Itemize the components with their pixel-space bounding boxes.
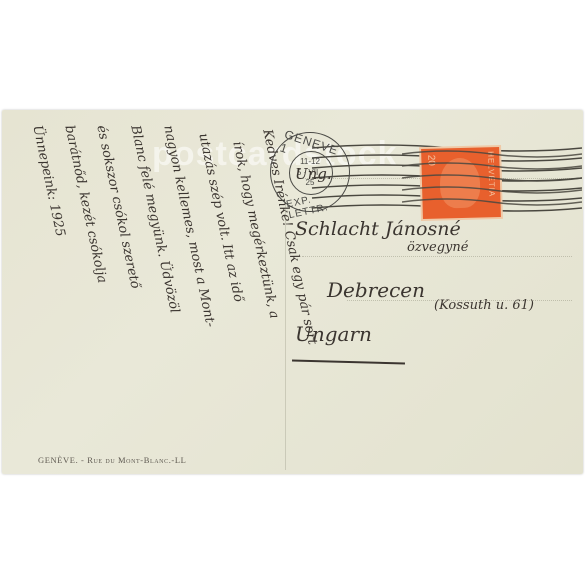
address-name: Schlacht Jánosné bbox=[295, 218, 461, 240]
postcard-caption: GENÈVE. - Rue du Mont-Blanc.-LL bbox=[38, 455, 186, 465]
country-underline bbox=[292, 360, 405, 365]
divider bbox=[285, 205, 286, 470]
address-country: Ungarn bbox=[295, 322, 372, 346]
address-street: (Kossuth u. 61) bbox=[434, 298, 534, 313]
postcard-back: postcardstock Kedves Irénke! Csak egy pá… bbox=[2, 110, 583, 474]
address-city: Debrecen bbox=[327, 278, 425, 302]
postmark-scribble: Ung. bbox=[295, 165, 332, 183]
cancellation-waves-overlay bbox=[402, 140, 582, 220]
address-line bbox=[302, 256, 572, 257]
message-line: Ünnepeink: 1925 bbox=[29, 124, 67, 238]
address-title: özvegyné bbox=[407, 240, 468, 255]
